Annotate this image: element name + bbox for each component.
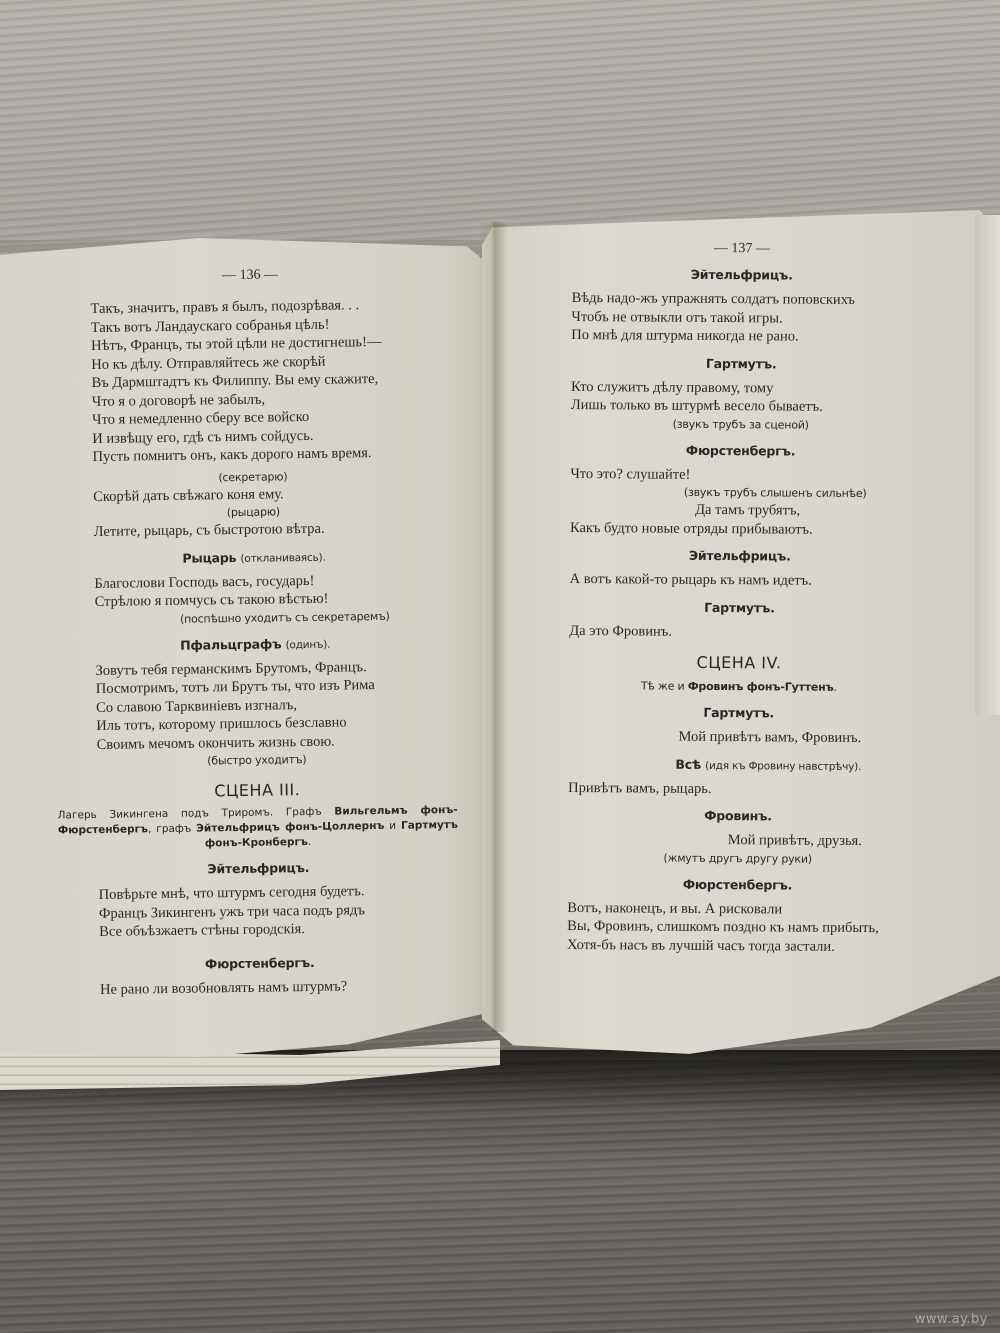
- verse-line: Мой привѣтъ вамъ, Фровинъ.: [568, 727, 908, 748]
- verse-line: Лишь только въ штурмѣ весело бываетъ.: [571, 396, 911, 417]
- verse-line: Что это? слушайте!: [570, 464, 910, 485]
- speaker-heading: Фровинъ.: [568, 807, 908, 824]
- verse-line: Кто служитъ дѣлу правому, тому: [571, 377, 911, 398]
- scene-desc-text: Тѣ же и: [641, 679, 688, 692]
- book-gutter: [478, 222, 508, 1032]
- speaker-heading: Эйтельфрицъ.: [570, 547, 910, 564]
- verse-line: Вѣдь надо-жъ упражнять солдатъ поповских…: [572, 289, 912, 310]
- speaker-heading: Гартмутъ.: [569, 704, 909, 721]
- verse-line: Какъ будто новые отряды прибываютъ.: [570, 518, 910, 539]
- verse-line: Вотъ, наконецъ, и вы. А рисковали: [567, 898, 907, 919]
- speaker-name: Пфальцграфъ: [180, 636, 281, 652]
- stage-direction: (жмутъ другъ другу руки): [568, 848, 908, 867]
- speaker-heading: Фюрстенбергъ.: [570, 441, 910, 458]
- scene-desc-text: .: [834, 681, 837, 694]
- scene-desc-text: Лагерь Зикингена подъ Триромъ. Графъ: [58, 806, 335, 822]
- verse-line: Чтобъ не отвыкли отъ такой игры.: [571, 307, 911, 328]
- watermark: www.ay.by: [915, 1312, 988, 1327]
- speaker-heading: Гартмутъ.: [569, 598, 909, 615]
- speaker-heading: Эйтельфрицъ.: [98, 858, 418, 877]
- character-name: Эйтельфрицъ фонъ-Цоллернъ: [196, 820, 384, 835]
- open-book: — 136 — Такъ, значитъ, правъ я былъ, под…: [0, 0, 1000, 1333]
- scene-desc-text: и: [384, 820, 401, 832]
- page-number: — 136 —: [90, 266, 410, 286]
- verse-line: Пусть помнитъ онъ, какъ дорого намъ врем…: [92, 444, 412, 467]
- scene-desc-text: .: [308, 836, 312, 848]
- verse-line: Да это Фровинъ.: [569, 621, 909, 642]
- scene-title: СЦЕНА III.: [97, 778, 417, 801]
- scene-desc-text: , графъ: [148, 823, 196, 836]
- speaker-heading: Эйтельфрицъ.: [572, 266, 912, 283]
- speaker-heading: Пфальцграфъ (одинъ).: [95, 634, 415, 653]
- left-page-text: — 136 — Такъ, значитъ, правъ я былъ, под…: [90, 266, 420, 999]
- verse-line: Да тамъ трубятъ,: [570, 500, 910, 521]
- speaker-heading: Всѣ (идя къ Фровину навстрѣчу).: [568, 755, 908, 772]
- speaker-heading: Рыцарь (откланиваясь).: [94, 547, 414, 566]
- verse-line: Летите, рыцарь, съ быстротою вѣтра.: [94, 519, 414, 542]
- scene-description: Тѣ же и Фровинъ фонъ-Гуттенъ.: [569, 677, 909, 696]
- speaker-name: Всѣ: [675, 756, 701, 771]
- speaker-heading: Гартмутъ.: [571, 354, 911, 371]
- scene-title: СЦЕНА IV.: [569, 652, 909, 673]
- verse-line: Мой привѣтъ, друзья.: [568, 830, 908, 851]
- stage-direction: (звукъ трубъ за сценой): [571, 414, 911, 433]
- verse-line: Все объѣзжаетъ стѣны городскія.: [99, 918, 419, 941]
- verse-block: Такъ, значитъ, правъ я былъ, подозрѣвая.…: [90, 296, 412, 467]
- verse-line: Привѣтъ вамъ, рыцарь.: [568, 778, 908, 799]
- speaker-note: (откланиваясь).: [240, 551, 325, 564]
- speaker-heading: Фюрстенбергъ.: [100, 953, 420, 972]
- verse-line: По мнѣ для штурма никогда не рано.: [571, 326, 911, 347]
- scene-description: Лагерь Зикингена подъ Триромъ. Графъ Вил…: [58, 803, 459, 854]
- verse-line: А вотъ какой-то рыцарь къ намъ идетъ.: [570, 570, 910, 591]
- speaker-name: Рыцарь: [182, 549, 236, 565]
- speaker-note: (идя къ Фровину навстрѣчу).: [705, 759, 861, 772]
- character-name: Фровинъ фонъ-Гуттенъ: [688, 680, 834, 694]
- verse-line: Хотя-бъ насъ въ лучшій часъ тогда застал…: [567, 935, 907, 956]
- speaker-heading: Фюрстенбергъ.: [567, 875, 907, 892]
- right-page-text: — 137 — Эйтельфрицъ. Вѣдь надо-жъ упражн…: [567, 240, 912, 956]
- right-page-edge: [975, 215, 1000, 715]
- verse-line: Вы, Фровинъ, слишкомъ поздно къ намъ при…: [567, 917, 907, 938]
- page-number: — 137 —: [572, 240, 912, 258]
- speaker-note: (одинъ).: [285, 638, 330, 651]
